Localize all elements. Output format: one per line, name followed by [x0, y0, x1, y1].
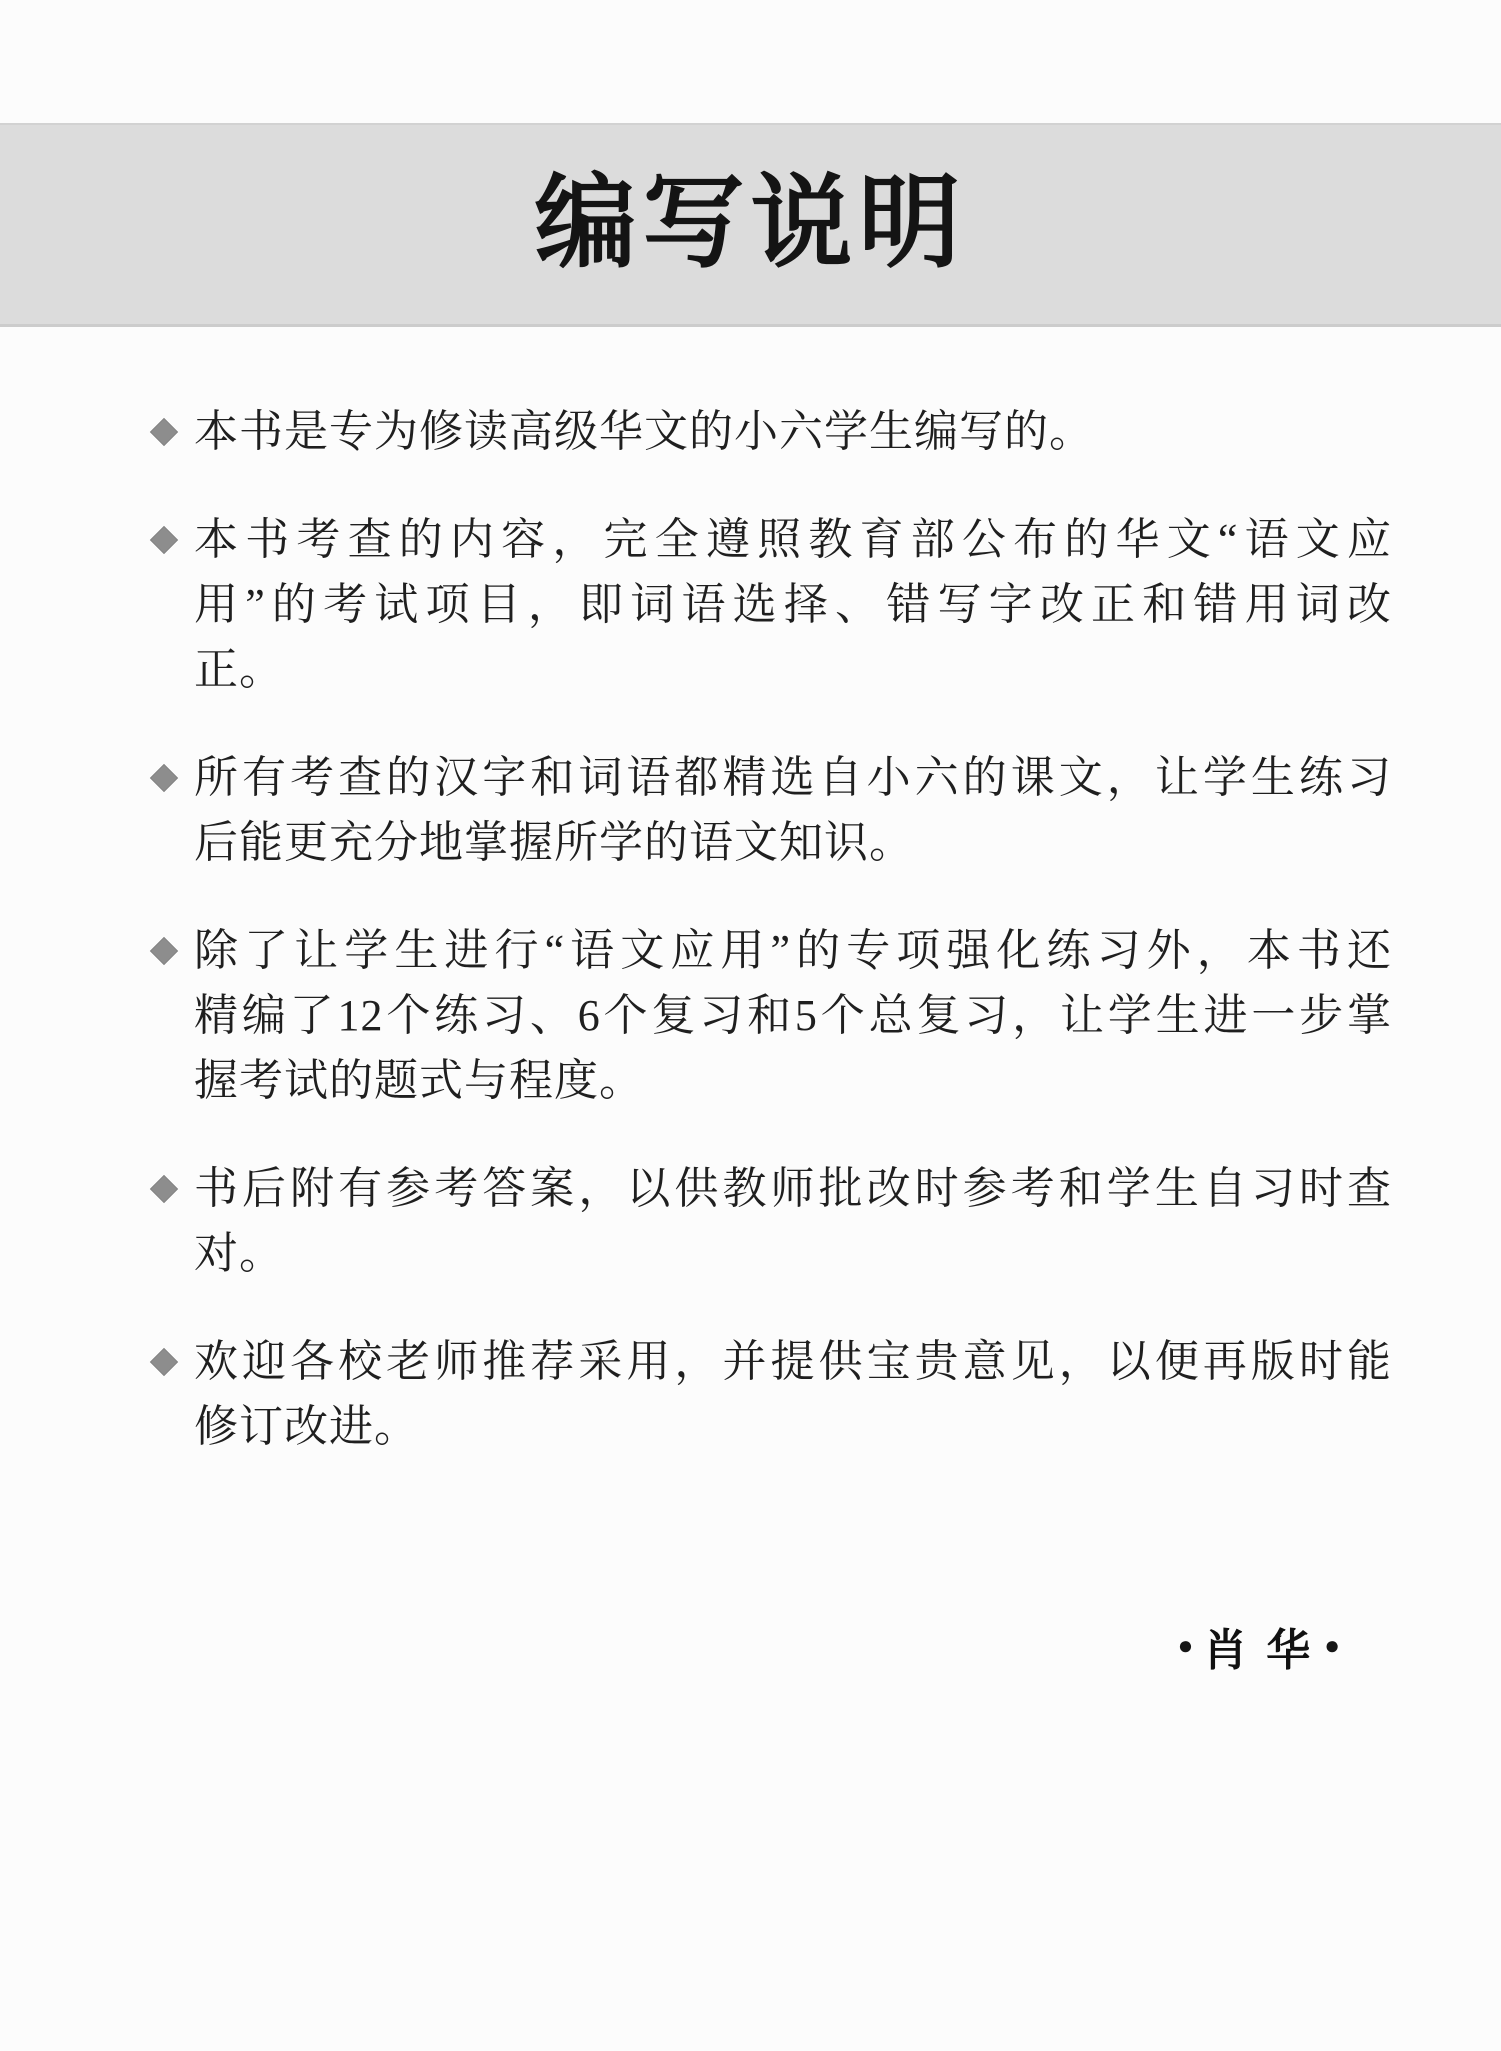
- note-line: 精编了12个练习、6个复习和5个总复习，让学生进一步掌: [194, 983, 1392, 1048]
- bullet-marker-column: [150, 507, 194, 572]
- note-line: 用”的考试项目，即词语选择、错写字改正和错用词改: [194, 572, 1392, 637]
- bullet-marker-column: [150, 399, 194, 464]
- list-item: 除了让学生进行“语文应用”的专项强化练习外，本书还精编了12个练习、6个复习和5…: [150, 918, 1392, 1113]
- list-item: 所有考查的汉字和词语都精选自小六的课文，让学生练习后能更充分地掌握所学的语文知识…: [150, 745, 1392, 875]
- note-line: 欢迎各校老师推荐采用，并提供宝贵意见，以便再版时能: [194, 1329, 1392, 1394]
- note-line: 本书是专为修读高级华文的小六学生编写的。: [194, 399, 1392, 464]
- page-title: 编写说明: [0, 125, 1501, 321]
- title-band: 编写说明: [0, 123, 1501, 327]
- list-item: 本书是专为修读高级华文的小六学生编写的。: [150, 399, 1392, 464]
- note-text-block: 本书考查的内容，完全遵照教育部公布的华文“语文应用”的考试项目，即词语选择、错写…: [194, 507, 1392, 702]
- bullet-marker-column: [150, 745, 194, 810]
- notes-list: 本书是专为修读高级华文的小六学生编写的。本书考查的内容，完全遵照教育部公布的华文…: [150, 399, 1392, 1502]
- diamond-bullet-icon: [150, 1347, 178, 1375]
- diamond-bullet-icon: [150, 525, 178, 553]
- note-line: 握考试的题式与程度。: [194, 1048, 1392, 1113]
- note-text-block: 所有考查的汉字和词语都精选自小六的课文，让学生练习后能更充分地掌握所学的语文知识…: [194, 745, 1392, 875]
- note-line: 本书考查的内容，完全遵照教育部公布的华文“语文应: [194, 507, 1392, 572]
- note-line: 修订改进。: [194, 1394, 1392, 1459]
- bullet-marker-column: [150, 1156, 194, 1221]
- author-name: 肖 华: [1203, 1614, 1314, 1678]
- dot-icon: ●: [1168, 1633, 1204, 1659]
- list-item: 本书考查的内容，完全遵照教育部公布的华文“语文应用”的考试项目，即词语选择、错写…: [150, 507, 1392, 702]
- diamond-bullet-icon: [150, 1174, 178, 1202]
- note-text-block: 书后附有参考答案，以供教师批改时参考和学生自习时查对。: [194, 1156, 1392, 1286]
- note-text-block: 欢迎各校老师推荐采用，并提供宝贵意见，以便再版时能修订改进。: [194, 1329, 1392, 1459]
- dot-icon: ●: [1314, 1633, 1350, 1659]
- note-text-block: 本书是专为修读高级华文的小六学生编写的。: [194, 399, 1392, 464]
- diamond-bullet-icon: [150, 936, 178, 964]
- note-text-block: 除了让学生进行“语文应用”的专项强化练习外，本书还精编了12个练习、6个复习和5…: [194, 918, 1392, 1113]
- page: 编写说明 本书是专为修读高级华文的小六学生编写的。本书考查的内容，完全遵照教育部…: [0, 0, 1501, 2051]
- note-line: 书后附有参考答案，以供教师批改时参考和学生自习时查: [194, 1156, 1392, 1221]
- note-line: 对。: [194, 1221, 1392, 1286]
- note-line: 所有考查的汉字和词语都精选自小六的课文，让学生练习: [194, 745, 1392, 810]
- note-line: 除了让学生进行“语文应用”的专项强化练习外，本书还: [194, 918, 1392, 983]
- list-item: 书后附有参考答案，以供教师批改时参考和学生自习时查对。: [150, 1156, 1392, 1286]
- diamond-bullet-icon: [150, 417, 178, 445]
- author-signature: ● 肖 华 ●: [1168, 1616, 1350, 1676]
- list-item: 欢迎各校老师推荐采用，并提供宝贵意见，以便再版时能修订改进。: [150, 1329, 1392, 1459]
- bullet-marker-column: [150, 1329, 194, 1394]
- note-line: 正。: [194, 637, 1392, 702]
- bullet-marker-column: [150, 918, 194, 983]
- diamond-bullet-icon: [150, 763, 178, 791]
- note-line: 后能更充分地掌握所学的语文知识。: [194, 810, 1392, 875]
